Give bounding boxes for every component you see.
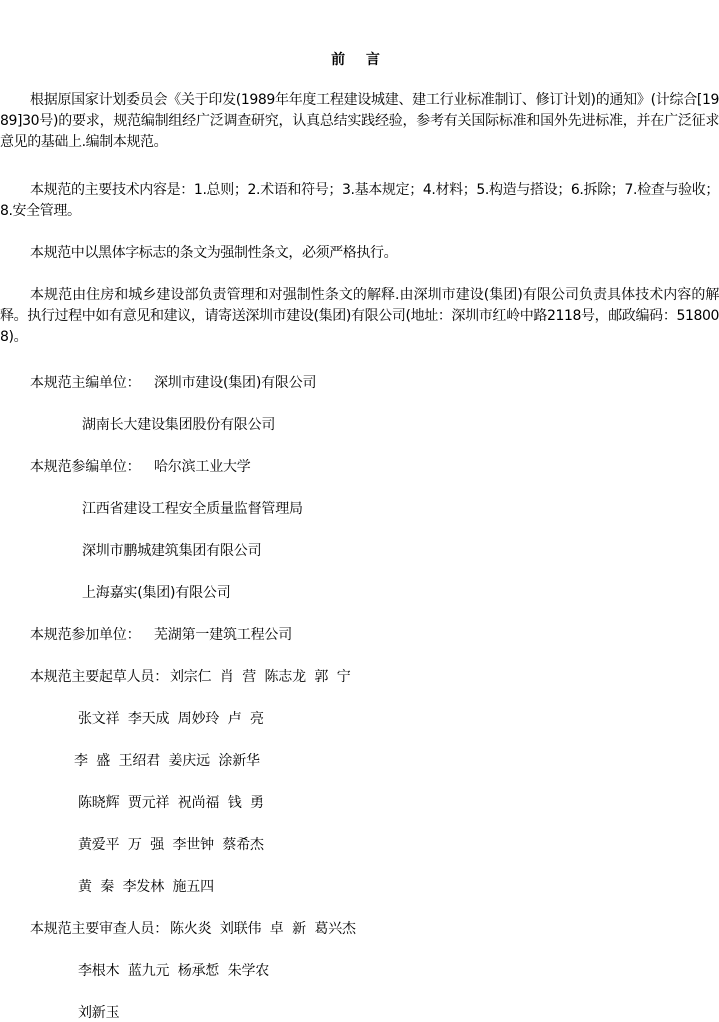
paragraph-mandatory-clauses: 本规范中以黑体字标志的条文为强制性条文，必须严格执行。 [0, 243, 719, 264]
chief-editor-label: 本规范主编单位： [30, 373, 140, 394]
chief-editor-unit: 深圳市建设(集团)有限公司 [154, 373, 316, 394]
drafters-line: 刘宗仁 肖 营 陈志龙 郭 宁 [170, 667, 351, 688]
paragraph-basis: 根据原国家计划委员会《关于印发(1989年年度工程建设城建、建工行业标准制订、修… [0, 90, 719, 153]
co-editor-label: 本规范参编单位： [30, 457, 140, 478]
reviewers-line: 李根木 蓝九元 杨承惁 朱学农 [78, 961, 269, 982]
participant-label: 本规范参加单位： [30, 625, 140, 646]
co-editor-unit: 深圳市鹏城建筑集团有限公司 [82, 541, 261, 562]
drafters-line: 黄 秦 李发林 施五四 [78, 877, 214, 898]
chief-editor-unit: 湖南长大建设集团股份有限公司 [82, 415, 275, 436]
drafters-line: 黄爱平 万 强 李世钟 蔡希杰 [78, 835, 264, 856]
paragraph-management: 本规范由住房和城乡建设部负责管理和对强制性条文的解释.由深圳市建设(集团)有限公… [0, 285, 719, 348]
drafters-line: 张文祥 李天成 周妙玲 卢 亮 [78, 709, 264, 730]
participant-unit: 芜湖第一建筑工程公司 [154, 625, 292, 646]
drafters-line: 李 盛 王绍君 姜庆远 涂新华 [74, 751, 260, 772]
co-editor-unit: 哈尔滨工业大学 [154, 457, 251, 478]
co-editor-unit: 上海嘉实(集团)有限公司 [82, 583, 231, 604]
reviewers-line: 刘新玉 [78, 1003, 119, 1022]
paragraph-technical-content: 本规范的主要技术内容是：1.总则；2.术语和符号；3.基本规定；4.材料；5.构… [0, 180, 719, 222]
page-title: 前 言 [0, 50, 719, 70]
reviewers-label: 本规范主要审查人员： [30, 919, 168, 940]
drafters-label: 本规范主要起草人员： [30, 667, 168, 688]
reviewers-line: 陈火炎 刘联伟 卓 新 葛兴杰 [170, 919, 356, 940]
drafters-line: 陈晓辉 贾元祥 祝尚福 钱 勇 [78, 793, 264, 814]
co-editor-unit: 江西省建设工程安全质量监督管理局 [82, 499, 303, 520]
